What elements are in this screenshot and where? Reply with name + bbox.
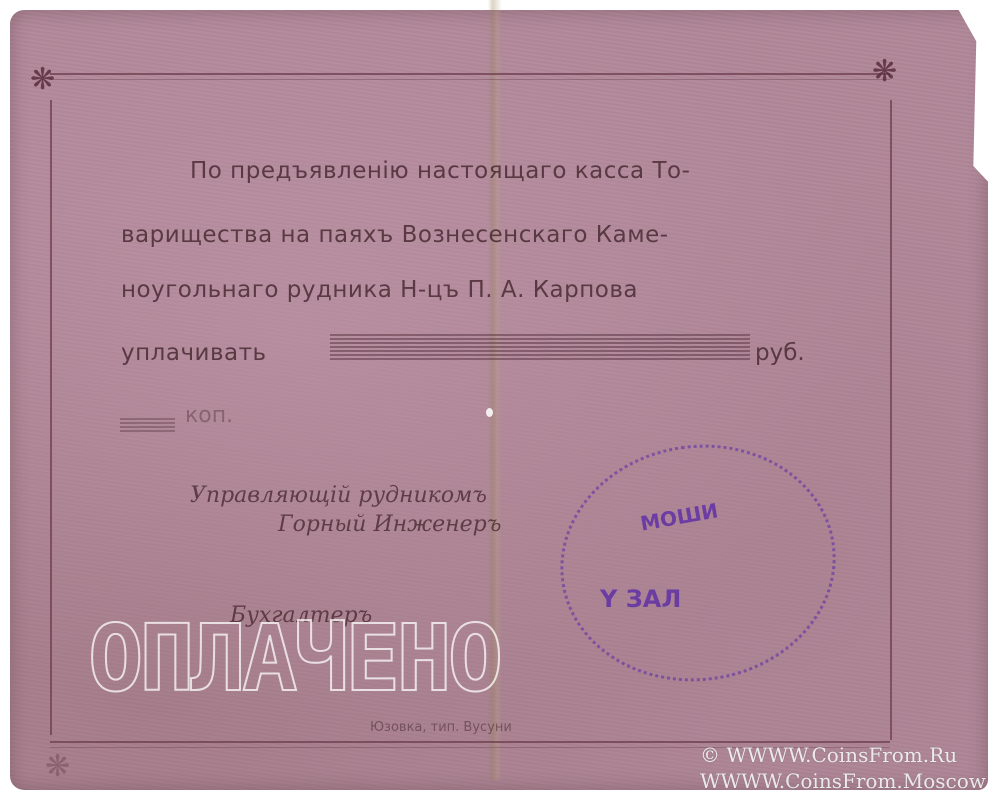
body-line-2: варищества на паяхъ Вознесенскаго Каме- <box>121 222 669 248</box>
manager-subtitle: Горный Инженеръ <box>278 512 501 537</box>
paid-perforation: ОПЛАЧЕНО <box>88 605 499 712</box>
frame-left-line <box>50 100 52 735</box>
asterisk-ornament-icon: ❋ <box>872 57 897 87</box>
frame-top-line <box>50 73 890 75</box>
currency-unit-rub: руб. <box>755 340 805 366</box>
body-line-1: По предъявленію настоящаго касса То- <box>190 158 690 184</box>
frame-right-line <box>890 100 892 740</box>
body-line-3: ноугольнаго рудника Н-цъ П. А. Карпова <box>121 277 638 303</box>
amount-field-kop <box>120 418 175 432</box>
body-line-4: уплачивать <box>121 340 267 366</box>
stamp-text-2: Y ЗАЛ <box>600 585 681 613</box>
asterisk-ornament-icon: ❋ <box>30 65 55 95</box>
printer-imprint: Юзовка, тип. Вусуни <box>370 720 512 735</box>
frame-top-line-inner <box>50 79 890 80</box>
currency-unit-kop: коп. <box>185 403 233 428</box>
watermark-line-2: WWWW.CoinsFrom.Moscow <box>700 769 986 793</box>
amount-field-rub <box>330 332 750 360</box>
paper-hole <box>486 408 493 417</box>
watermark-line-1: © WWWW.CoinsFrom.Ru <box>700 743 957 767</box>
asterisk-ornament-icon: ❋ <box>45 752 70 782</box>
manager-title: Управляющій рудникомъ <box>190 483 487 508</box>
